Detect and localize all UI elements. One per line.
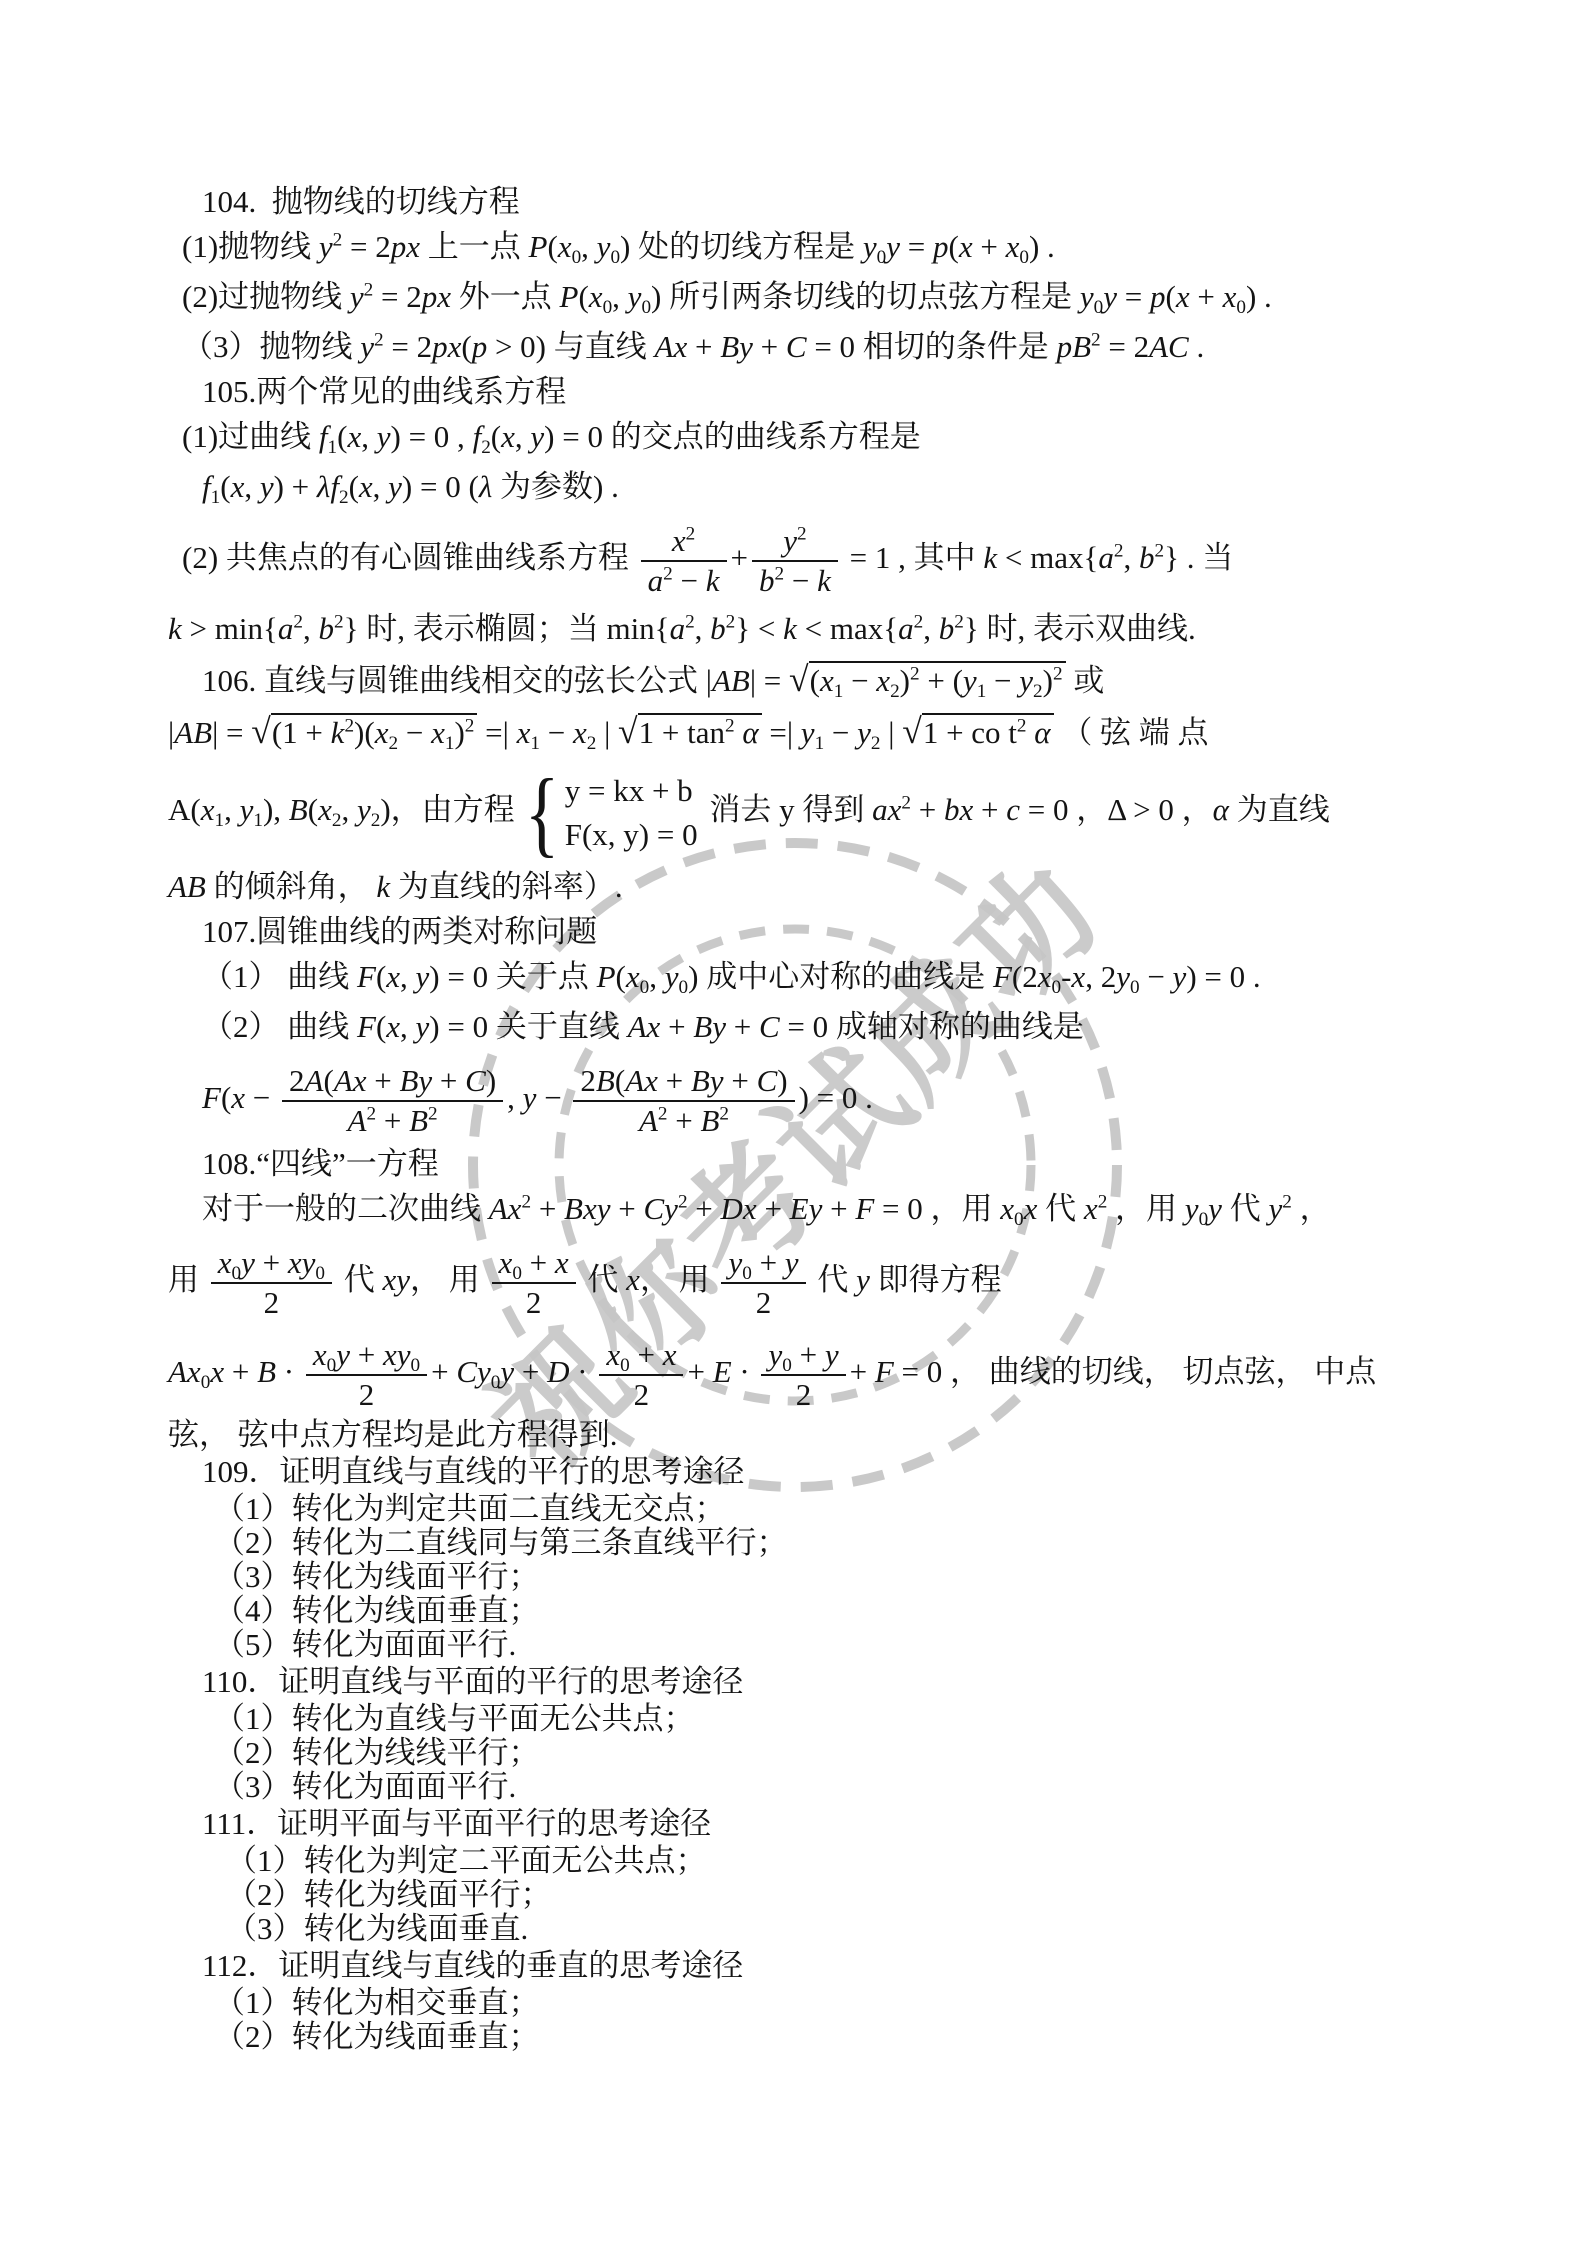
item-109-5: （5）转化为面面平行.	[168, 1628, 1438, 1662]
item-107-1: （1） 曲线 F(x, y) = 0 关于点 P(x0, y0) 成中心对称的曲…	[168, 952, 1438, 1002]
item-109-1: （1）转化为判定共面二直线无交点；	[168, 1492, 1438, 1526]
item-110-2: （2）转化为线线平行；	[168, 1736, 1438, 1770]
heading-109: 109．证明直线与直线的平行的思考途径	[168, 1452, 1438, 1492]
item-110-3: （3）转化为面面平行.	[168, 1770, 1438, 1804]
formula-106-2: A(x1, y1), B(x2, y2)，由方程{y = kx + bF(x, …	[168, 758, 1438, 862]
formula-106-1: |AB| = √(1 + k2)(x2 − x1)2 =| x1 − x2 | …	[168, 706, 1438, 758]
heading-108: 108.“四线”一方程	[168, 1144, 1438, 1184]
item-111-2: （2）转化为线面平行；	[168, 1878, 1438, 1912]
heading-107: 107.圆锥曲线的两类对称问题	[168, 912, 1438, 952]
formula-107-2: F(x − 2A(Ax + By + C)A2 + B2, y − 2B(Ax …	[168, 1052, 1438, 1144]
heading-105: 105.两个常见的曲线系方程	[168, 372, 1438, 412]
item-110-1: （1）转化为直线与平面无公共点；	[168, 1702, 1438, 1736]
item-112-1: （1）转化为相交垂直；	[168, 1986, 1438, 2020]
item-109-3: （3）转化为线面平行；	[168, 1560, 1438, 1594]
heading-110: 110．证明直线与平面的平行的思考途径	[168, 1662, 1438, 1702]
para-108-4: 弦， 弦中点方程均是此方程得到.	[168, 1418, 1438, 1452]
item-104-1: (1)抛物线 y2 = 2px 上一点 P(x0, y0) 处的切线方程是 y0…	[168, 222, 1438, 272]
item-109-4: （4）转化为线面垂直；	[168, 1594, 1438, 1628]
document-body: 104. 抛物线的切线方程(1)抛物线 y2 = 2px 上一点 P(x0, y…	[168, 182, 1438, 2054]
item-105-2: (2) 共焦点的有心圆锥曲线系方程 x2a2 − k+y2b2 − k = 1 …	[168, 512, 1438, 604]
formula-105-2: k > min{a2, b2} 时, 表示椭圆；当 min{a2, b2} < …	[168, 604, 1438, 654]
para-108-2: 用 x0y + xy02 代 xy， 用 x0 + x2 代 x， 用 y0 +…	[168, 1234, 1438, 1326]
formula-106-3: AB 的倾斜角， k 为直线的斜率）.	[168, 862, 1438, 912]
heading-111: 111．证明平面与平面平行的思考途径	[168, 1804, 1438, 1844]
item-104-2: (2)过抛物线 y2 = 2px 外一点 P(x0, y0) 所引两条切线的切点…	[168, 272, 1438, 322]
item-111-3: （3）转化为线面垂直.	[168, 1912, 1438, 1946]
document-page: 祝你考试成功 104. 抛物线的切线方程(1)抛物线 y2 = 2px 上一点 …	[0, 0, 1587, 2245]
item-107-2: （2） 曲线 F(x, y) = 0 关于直线 Ax + By + C = 0 …	[168, 1002, 1438, 1052]
item-111-1: （1）转化为判定二平面无公共点；	[168, 1844, 1438, 1878]
item-104-3: （3）抛物线 y2 = 2px(p > 0) 与直线 Ax + By + C =…	[168, 322, 1438, 372]
item-112-2: （2）转化为线面垂直；	[168, 2020, 1438, 2054]
para-108-3: Ax0x + B · x0y + xy02+ Cy0y + D · x0 + x…	[168, 1326, 1438, 1418]
item-109-2: （2）转化为二直线同与第三条直线平行；	[168, 1526, 1438, 1560]
para-108-1: 对于一般的二次曲线 Ax2 + Bxy + Cy2 + Dx + Ey + F …	[168, 1184, 1438, 1234]
formula-105-1: f1(x, y) + λf2(x, y) = 0 (λ 为参数) .	[168, 462, 1438, 512]
heading-106: 106. 直线与圆锥曲线相交的弦长公式 |AB| = √(x1 − x2)2 +…	[168, 654, 1438, 706]
item-105-1: (1)过曲线 f1(x, y) = 0 , f2(x, y) = 0 的交点的曲…	[168, 412, 1438, 462]
heading-104: 104. 抛物线的切线方程	[168, 182, 1438, 222]
heading-112: 112．证明直线与直线的垂直的思考途径	[168, 1946, 1438, 1986]
